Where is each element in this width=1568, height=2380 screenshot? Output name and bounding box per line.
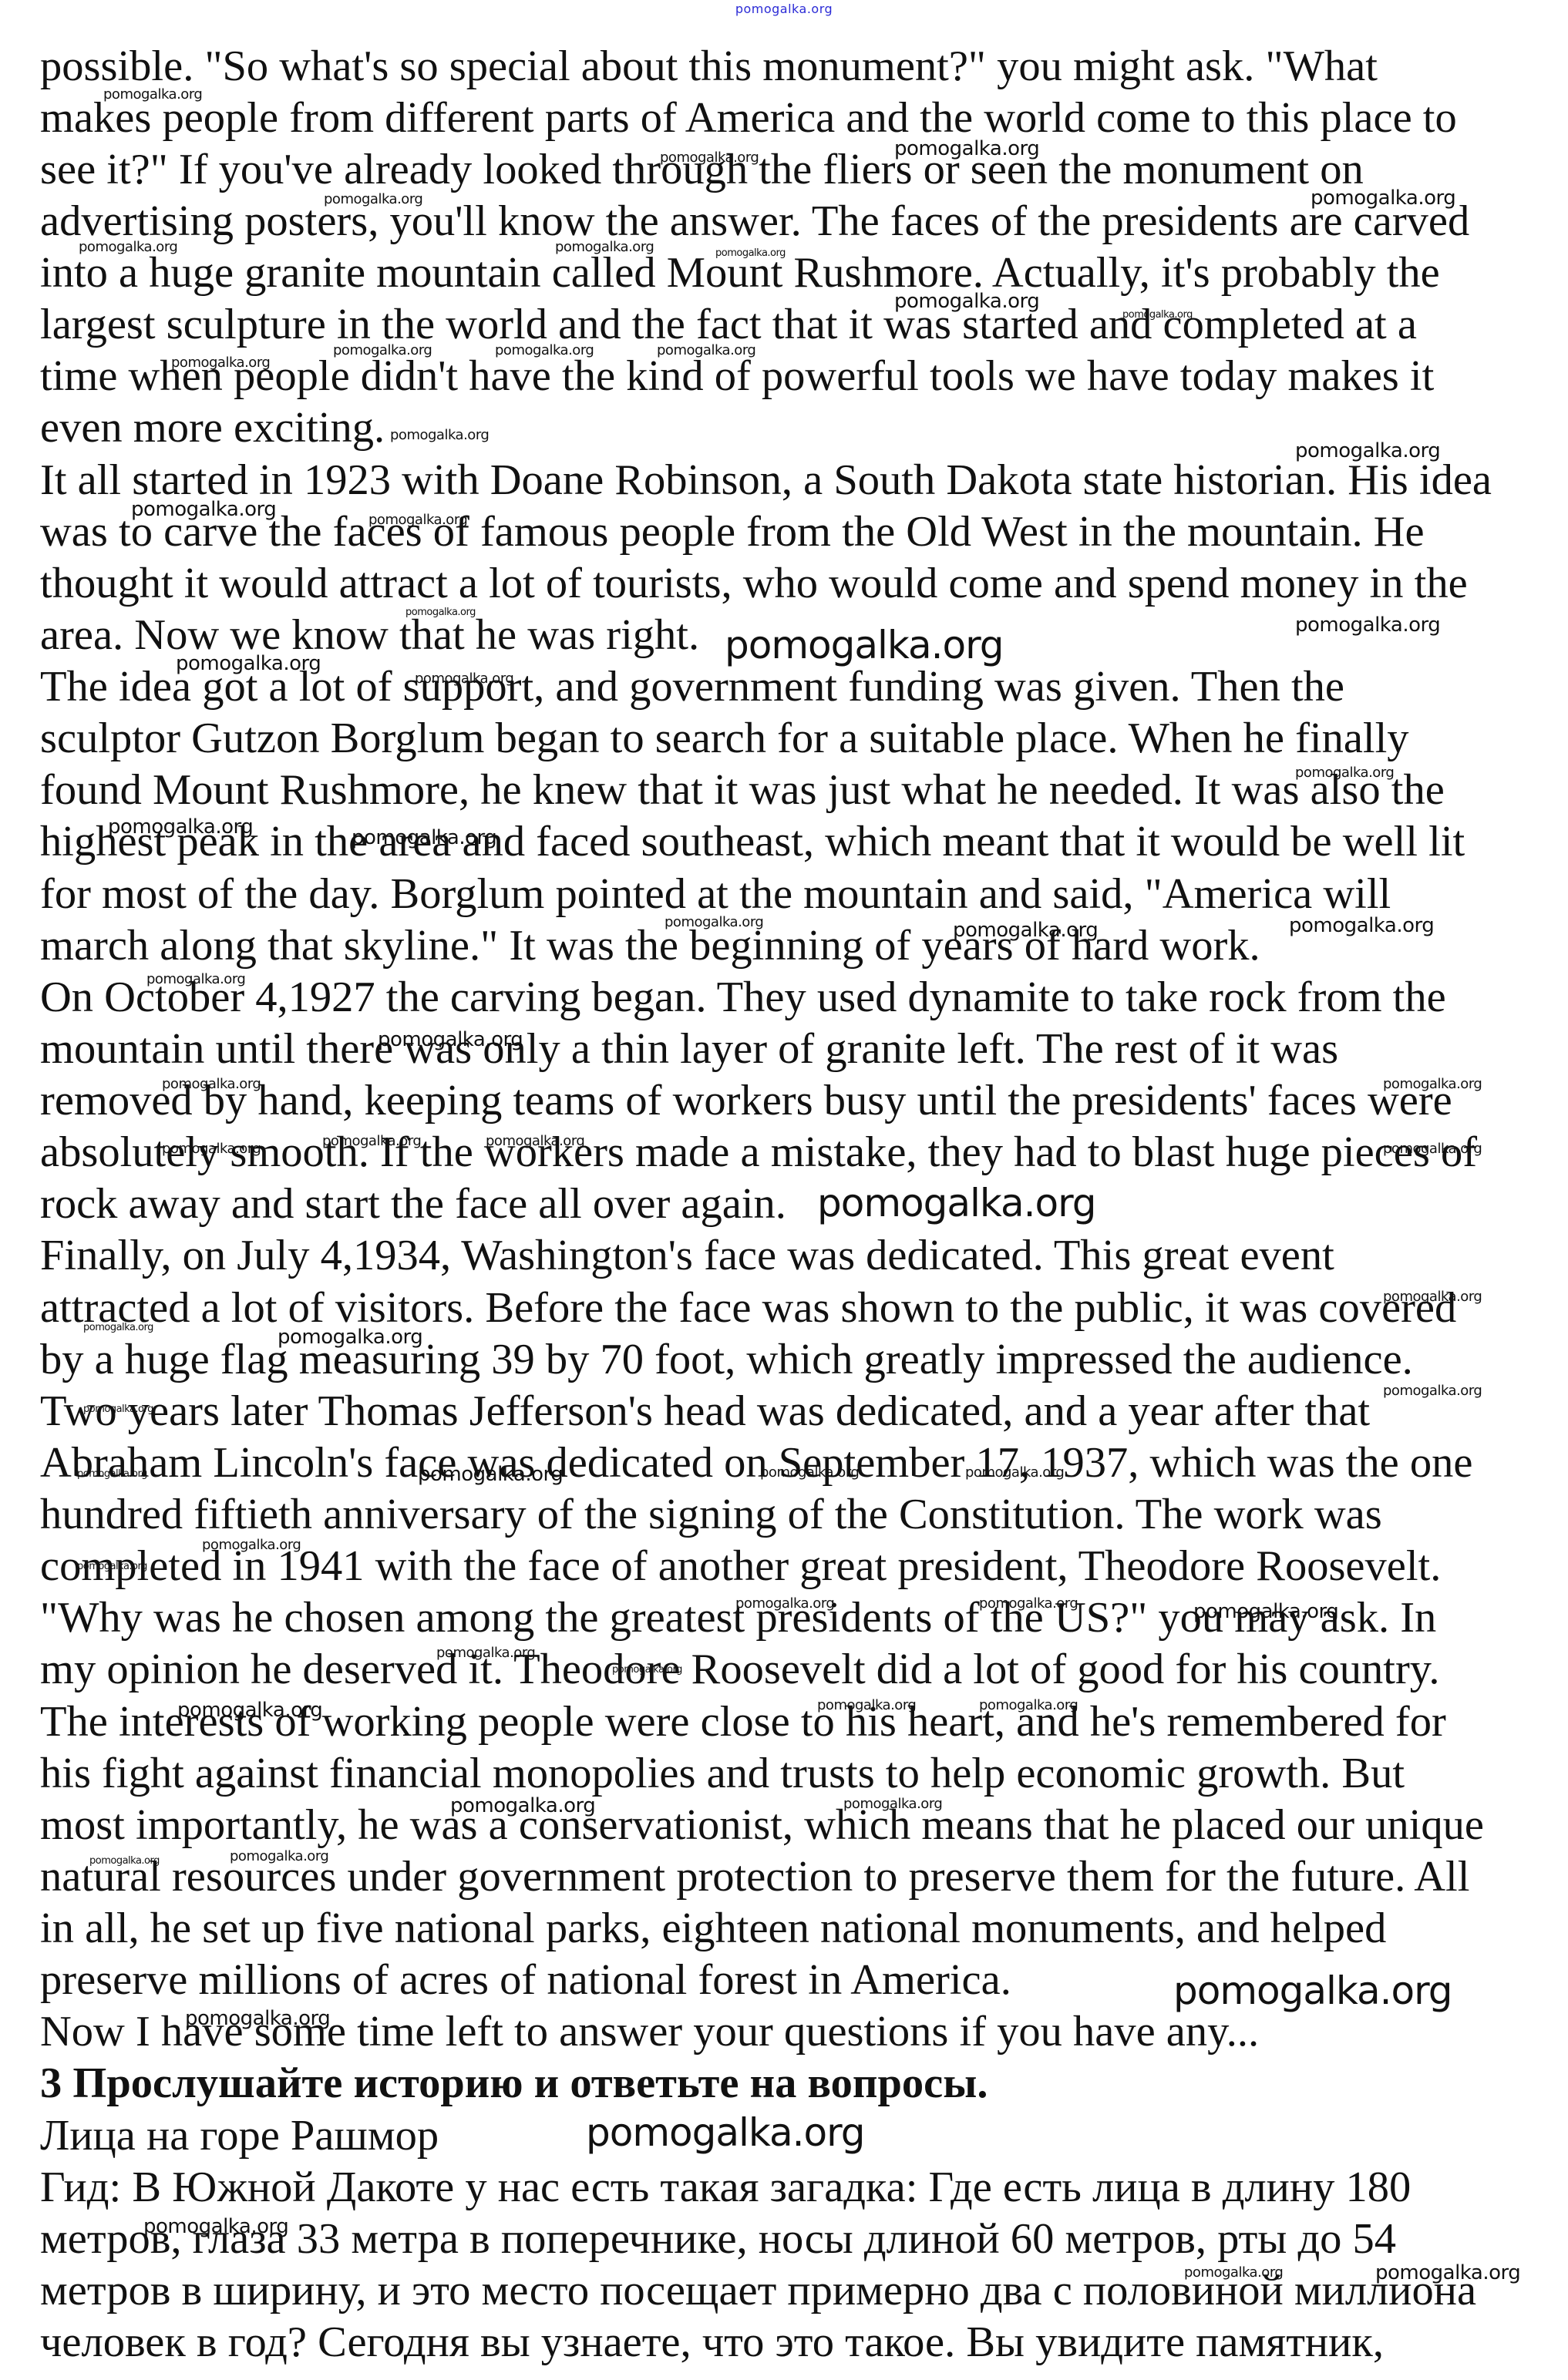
- watermark: pomogalka.org: [894, 139, 1039, 159]
- watermark: pomogalka.org: [162, 1142, 261, 1156]
- text-subtitle: Лица на горе Рашмор: [40, 2110, 439, 2162]
- text-line: advertising posters, you'll know the ans…: [40, 196, 1469, 247]
- watermark: pomogalka.org: [817, 1699, 916, 1713]
- text-line: for most of the day. Borglum pointed at …: [40, 869, 1391, 920]
- text-line: even more exciting.: [40, 402, 385, 454]
- watermark: pomogalka.org: [333, 344, 432, 358]
- text-line: Two years later Thomas Jefferson's head …: [40, 1386, 1370, 1437]
- watermark: pomogalka.org: [202, 1538, 301, 1552]
- watermark: pomogalka.org: [715, 248, 786, 258]
- watermark: pomogalka.org: [843, 1797, 942, 1811]
- watermark: pomogalka.org: [77, 1561, 147, 1572]
- watermark: pomogalka.org: [368, 513, 467, 527]
- watermark-large: pomogalka.org: [586, 2113, 865, 2152]
- watermark: pomogalka.org: [405, 607, 476, 617]
- watermark: pomogalka.org: [436, 1646, 535, 1660]
- watermark: pomogalka.org: [77, 1469, 147, 1479]
- watermark: pomogalka.org: [83, 1404, 153, 1414]
- text-line: in all, he set up five national parks, e…: [40, 1903, 1386, 1955]
- watermark: pomogalka.org: [953, 920, 1098, 940]
- watermark: pomogalka.org: [1295, 441, 1440, 461]
- document-page: pomogalka.org possible. "So what's so sp…: [0, 0, 1568, 2380]
- watermark: pomogalka.org: [657, 344, 755, 358]
- watermark: pomogalka.org: [1289, 916, 1434, 936]
- watermark: pomogalka.org: [89, 1856, 160, 1866]
- watermark: pomogalka.org: [103, 88, 202, 102]
- watermark-large: pomogalka.org: [725, 626, 1004, 664]
- text-line: most importantly, he was a conservationi…: [40, 1800, 1484, 1851]
- watermark: pomogalka.org: [230, 1850, 328, 1864]
- watermark: pomogalka.org: [1295, 615, 1440, 635]
- watermark: pomogalka.org: [1295, 766, 1394, 780]
- watermark: pomogalka.org: [146, 973, 245, 987]
- watermark: pomogalka.org: [1383, 1384, 1482, 1398]
- text-line: mountain until there was only a thin lay…: [40, 1024, 1338, 1075]
- watermark: pomogalka.org: [79, 240, 177, 254]
- site-watermark-header: pomogalka.org: [0, 2, 1568, 16]
- watermark: pomogalka.org: [378, 1030, 523, 1050]
- watermark: pomogalka.org: [390, 429, 489, 442]
- text-line: area. Now we know that he was right.: [40, 610, 699, 661]
- text-line: человек в год? Сегодня вы узнаете, что э…: [40, 2317, 1384, 2368]
- watermark-large: pomogalka.org: [817, 1184, 1096, 1222]
- watermark: pomogalka.org: [450, 1796, 595, 1816]
- text-line: by a huge flag measuring 39 by 70 foot, …: [40, 1334, 1413, 1386]
- text-line: attracted a lot of visitors. Before the …: [40, 1282, 1456, 1334]
- watermark: pomogalka.org: [322, 1135, 421, 1148]
- watermark: pomogalka.org: [486, 1135, 584, 1148]
- watermark: pomogalka.org: [965, 1466, 1064, 1480]
- watermark: pomogalka.org: [1311, 188, 1455, 208]
- watermark: pomogalka.org: [612, 1665, 682, 1675]
- watermark: pomogalka.org: [171, 356, 270, 370]
- watermark: pomogalka.org: [278, 1327, 422, 1347]
- watermark: pomogalka.org: [176, 654, 321, 674]
- watermark: pomogalka.org: [979, 1699, 1078, 1713]
- watermark: pomogalka.org: [1375, 2263, 1520, 2283]
- text-line: his fight against financial monopolies a…: [40, 1748, 1405, 1800]
- text-line: Гид: В Южной Дакоте у нас есть такая заг…: [40, 2162, 1411, 2214]
- watermark: pomogalka.org: [1383, 1290, 1482, 1304]
- watermark: pomogalka.org: [760, 1466, 859, 1480]
- watermark: pomogalka.org: [143, 2217, 288, 2237]
- watermark: pomogalka.org: [83, 1323, 153, 1333]
- watermark: pomogalka.org: [324, 193, 422, 207]
- watermark: pomogalka.org: [660, 151, 759, 165]
- watermark: pomogalka.org: [665, 916, 763, 929]
- watermark: pomogalka.org: [894, 291, 1039, 311]
- text-line: rock away and start the face all over ag…: [40, 1178, 786, 1230]
- watermark: pomogalka.org: [1122, 310, 1193, 320]
- text-line: possible. "So what's so special about th…: [40, 41, 1378, 92]
- watermark: pomogalka.org: [418, 1464, 563, 1484]
- watermark: pomogalka.org: [495, 344, 594, 358]
- text-line: my opinion he deserved it. Theodore Roos…: [40, 1644, 1440, 1696]
- watermark: pomogalka.org: [352, 828, 496, 848]
- text-line: makes people from different parts of Ame…: [40, 92, 1457, 144]
- exercise-heading: 3 Прослушайте историю и ответьте на вопр…: [40, 2058, 988, 2109]
- watermark: pomogalka.org: [1184, 2266, 1283, 2280]
- watermark: pomogalka.org: [415, 672, 513, 686]
- watermark: pomogalka.org: [979, 1597, 1078, 1611]
- watermark: pomogalka.org: [162, 1077, 261, 1091]
- watermark: pomogalka.org: [1193, 1602, 1338, 1622]
- watermark: pomogalka.org: [177, 1700, 322, 1720]
- text-line: Abraham Lincoln's face was dedicated on …: [40, 1437, 1472, 1489]
- watermark: pomogalka.org: [1383, 1077, 1482, 1091]
- watermark: pomogalka.org: [735, 1597, 834, 1611]
- text-line: preserve millions of acres of national f…: [40, 1955, 1011, 2006]
- text-line: hundred fiftieth anniversary of the sign…: [40, 1489, 1382, 1541]
- text-line: highest peak in the area and faced south…: [40, 816, 1465, 868]
- watermark: pomogalka.org: [555, 240, 654, 254]
- watermark: pomogalka.org: [108, 817, 253, 837]
- watermark-large: pomogalka.org: [1173, 1972, 1452, 2010]
- watermark: pomogalka.org: [131, 499, 276, 519]
- text-line: On October 4,1927 the carving began. The…: [40, 972, 1446, 1024]
- text-line: found Mount Rushmore, he knew that it wa…: [40, 765, 1445, 816]
- text-line: Finally, on July 4,1934, Washington's fa…: [40, 1230, 1334, 1282]
- watermark: pomogalka.org: [1383, 1142, 1482, 1156]
- watermark: pomogalka.org: [185, 2009, 330, 2029]
- text-line: sculptor Gutzon Borglum began to search …: [40, 713, 1409, 765]
- text-line: thought it would attract a lot of touris…: [40, 558, 1468, 610]
